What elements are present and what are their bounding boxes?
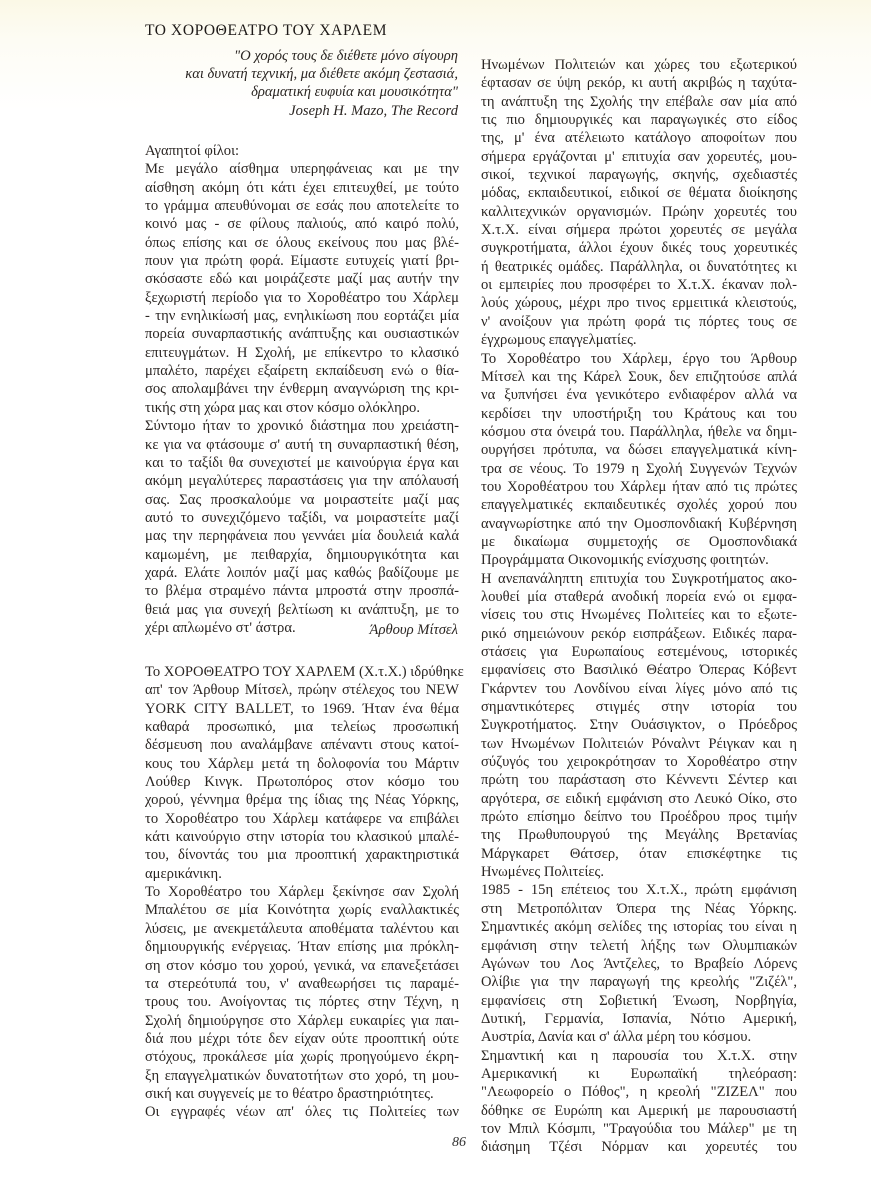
history-left-column: Το ΧΟΡΟΘΕΑΤΡΟ ΤΟΥ ΧΑΡΛΕΜ (Χ.τ.Χ.) ιδρύθη… bbox=[145, 663, 459, 1122]
text-line: ουργήσει πρότυπα, να δώσει επαγγελματικά… bbox=[481, 441, 797, 459]
text-line: πρώτο επίσημο δείπνο του Προέδρου προς τ… bbox=[481, 808, 797, 826]
text-line: Δυτική, Γερμανία, Ισπανία, Νότιο Αμερική… bbox=[481, 1010, 797, 1028]
page-number: 86 bbox=[452, 1135, 466, 1151]
text-line: Σχολή δημιούργησε στο Χάρλεμ ευκαιρίες γ… bbox=[145, 1012, 459, 1030]
text-line: πρώτη του παράσταση στο Κέννεντι Σέντερ … bbox=[481, 771, 797, 789]
text-line: αυτό το συνεχιζόμενο ταξίδι, να μοιραστε… bbox=[145, 509, 459, 527]
text-line: απ' τον Άρθουρ Μίτσελ, πρώην στέλεχος το… bbox=[145, 681, 459, 699]
page-title: ΤΟ ΧΟΡΟΘΕΑΤΡΟ ΤΟΥ ΧΑΡΛΕΜ bbox=[145, 22, 387, 40]
text-line: συγκροτήματα, άλλοι έχουν δικές τους χορ… bbox=[481, 239, 797, 257]
text-line: οι εμπειρίες που προσφέρει το Χ.τ.Χ. έκα… bbox=[481, 276, 797, 294]
text-line: εμφανίσεις στη Σοβιετική Ένωση, Νορβηγία… bbox=[481, 992, 797, 1010]
text-line: καλλιτεχνικών οργανισμών. Πρώην χορευτές… bbox=[481, 203, 797, 221]
text-line: αναγνωρίστηκε από την Ομοσπονδιακή Κυβέρ… bbox=[481, 515, 797, 533]
text-line: Γκάρντεν του Λονδίνου είναι λίγες μόνο α… bbox=[481, 680, 797, 698]
text-line: ή θεατρικές ομάδες. Παράλληλα, οι δυνατό… bbox=[481, 258, 797, 276]
letter-text: Αγαπητοί φίλοι: Με μεγάλο αίσθημα υπερηφ… bbox=[145, 142, 459, 637]
text-line: τον Μπιλ Κόσμπι, "Τραγούδια του Μάλερ" μ… bbox=[481, 1120, 797, 1138]
text-line: Ηνωμένες Πολιτείες. bbox=[481, 863, 797, 881]
text-line: κοινό μας - σε φίλους παλιούς, από καιρό… bbox=[145, 215, 459, 233]
text-line: κερδίσει την υποστήριξη του Κράτους και … bbox=[481, 405, 797, 423]
text-line: το βλέμα στραμένο πάντα μπροστά στην προ… bbox=[145, 582, 459, 600]
text-line: YORK CITY BALLET, το 1969. Ήταν ένα θέμα bbox=[145, 700, 459, 718]
text-line: 1985 - 15η επέτειος του Χ.τ.Χ., πρώτη εμ… bbox=[481, 881, 797, 899]
text-line: Αγώνων του Λος Άντζελες, το Βραβείο Λόρε… bbox=[481, 955, 797, 973]
text-line: Μίτσελ και της Κάρελ Σουκ, δεν επιζητούσ… bbox=[481, 368, 797, 386]
epigraph-line: "Ο χορός τους δε διέθετε μόνο σίγουρη bbox=[145, 47, 458, 65]
text-line: λύσεις, με ανεκμετάλευτα αποθέματα ταλέν… bbox=[145, 920, 459, 938]
text-line: λούς χώρους, μέχρι προ τινος ερμειτικά κ… bbox=[481, 294, 797, 312]
text-line: έγχρωμους επαγγελματίες. bbox=[481, 331, 797, 349]
text-line: μπαλέτο, παρέχει εξαίρετη εκπαίδευση ενώ… bbox=[145, 362, 459, 380]
text-line: σήμερα εργάζονται μ' επιτυχία σαν χορευτ… bbox=[481, 148, 797, 166]
text-line: ση στον κόσμο του χορού, γενικά, να επαν… bbox=[145, 957, 459, 975]
text-line: επιτευγμάτων. Η Σχολή, με επίκεντρο το κ… bbox=[145, 344, 459, 362]
text-line: Χ.τ.Χ. είναι σήμερα πρώτοι χορευτές σε μ… bbox=[481, 221, 797, 239]
text-line: εμφάνιση στην τελετή λήξης των Ολυμπιακώ… bbox=[481, 937, 797, 955]
epigraph-attribution: Joseph H. Mazo, The Record bbox=[145, 102, 458, 120]
letter-salutation: Αγαπητοί φίλοι: bbox=[145, 142, 459, 160]
text-line: της, μ' ένα ατέλειωτο κατάλογο αποφοίτων… bbox=[481, 129, 797, 147]
history-right-column: Ηνωμένων Πολιτειών και χώρες του εξωτερι… bbox=[481, 56, 797, 1157]
text-line: Σημαντική και η παρουσία του Χ.τ.Χ. στην bbox=[481, 1047, 797, 1065]
text-line: τρα σε νέους. Το 1979 η Σχολή Συγγενών Τ… bbox=[481, 460, 797, 478]
text-line: σημαντικότερες στιγμές στην ιστορία του bbox=[481, 698, 797, 716]
text-line: μας την περηφάνεια που γεννάει μία δουλε… bbox=[145, 527, 459, 545]
text-line: της Πρωθυπουργού της Μεγάλης Βρετανίας bbox=[481, 826, 797, 844]
text-line: Προγράμματα Οικονομικής ενίσχυσης φοιτητ… bbox=[481, 551, 797, 569]
text-line: διά που μέχρι τότε δεν είχαν ούτε προοπτ… bbox=[145, 1030, 459, 1048]
text-line: χορού, γέννημα θρέμα της ίδιας της Νέας … bbox=[145, 791, 459, 809]
text-line: το γράμμα απευθύνομαι σε εσάς που αποτελ… bbox=[145, 197, 459, 215]
text-line: σας. Σας προσκαλούμε να μοιραστείτε μαζί… bbox=[145, 491, 459, 509]
text-line: τρους του. Ανοίγοντας τις πόρτες στην Τέ… bbox=[145, 993, 459, 1011]
text-line: Ολίβιε για την παραγωγή της κρεολής "Ζιζ… bbox=[481, 973, 797, 991]
text-line: Αυστρία, Δανία και σ' άλλα μέρη του κόσμ… bbox=[481, 1028, 797, 1046]
text-line: αίσθηση ακόμη ότι κάτι έχει επιτευχθεί, … bbox=[145, 179, 459, 197]
text-line: το Χοροθέατρο του Χάρλεμ κατάφερε να επι… bbox=[145, 810, 459, 828]
text-line: σύζυγός του χειροκρότησαν το Χοροθέατρο … bbox=[481, 753, 797, 771]
text-line: μόδας, εκπαιδευτικοί, ειδικοί σε θέματα … bbox=[481, 184, 797, 202]
text-line: δόθηκε σε Ευρώπη και Αμερική με παρουσια… bbox=[481, 1102, 797, 1120]
text-line: να ξυπνήσει ένα γενικότερο ενδιαφέρον αλ… bbox=[481, 386, 797, 404]
text-line: Οι εγγραφές νέων απ' όλες τις Πολιτείες … bbox=[145, 1103, 459, 1121]
text-line: σκόσαστε εδώ και μοιράζεστε μαζί μας αυτ… bbox=[145, 270, 459, 288]
text-line: κε για να φτάσουμε σ' αυτή τη συναρπαστι… bbox=[145, 436, 459, 454]
text-line: θειά μας για συνεχή βελτίωση κι ανάπτυξη… bbox=[145, 601, 459, 619]
text-line: κους του Χάρλεμ μετά τη δολοφονία του Μά… bbox=[145, 755, 459, 773]
text-line: "Λεωφορείο ο Πόθος", η κρεολή "ΖΙΖΕΛ" πο… bbox=[481, 1083, 797, 1101]
text-line: στόχους, προκάλεσε μία χωρίς προηγούμενο… bbox=[145, 1048, 459, 1066]
text-line: με δικαίωμα συμμετοχής σε Ομοσπονδιακά bbox=[481, 533, 797, 551]
text-line: στάσεις για Ευρωπαίους εστεμένους, ιστορ… bbox=[481, 643, 797, 661]
text-line: Ηνωμένων Πολιτειών και χώρες του εξωτερι… bbox=[481, 56, 797, 74]
text-line: τικής στη χώρα μας και στον κόσμο ολόκλη… bbox=[145, 399, 459, 417]
text-line: Συγκροτήματος. Στην Ουάσιγκτον, ο Πρόεδρ… bbox=[481, 716, 797, 734]
text-line: έφτασαν σε ύψη ρεκόρ, κι αυτή ακριβώς η … bbox=[481, 74, 797, 92]
text-line: στη Μετροπόλιταν Όπερα της Νέας Υόρκης. bbox=[481, 900, 797, 918]
text-line: καμωμένη, με πειθαρχία, δημιουργικότητα … bbox=[145, 546, 459, 564]
text-line: Αμερικανική κι Ευρωπαϊκή τηλεόραση: bbox=[481, 1065, 797, 1083]
text-line: αργότερα, σε ειδική εμφάνιση στο Λευκό Ο… bbox=[481, 790, 797, 808]
text-line: και το ταξίδι θα συνεχιστεί με καινούργι… bbox=[145, 454, 459, 472]
text-line: Σύντομο ήταν το χρονικό διάστημα που χρε… bbox=[145, 417, 459, 435]
text-line: Μπαλέτου σε μία Κοινότητα χωρίς εναλλακτ… bbox=[145, 901, 459, 919]
text-line: Σημαντικές ακόμη σελίδες της ιστορίας το… bbox=[481, 918, 797, 936]
text-line: τη ανάπτυξη της Σχολής την επέβαλε σαν μ… bbox=[481, 93, 797, 111]
letter-body: Με μεγάλο αίσθημα υπερηφάνειας και με τη… bbox=[145, 160, 459, 637]
text-line: επαγγελματικές εκπαιδευτικές σχολές χορο… bbox=[481, 496, 797, 514]
text-line: τα στερεότυπά του, ν' αναθεωρήσει τις πα… bbox=[145, 975, 459, 993]
text-line: χαρά. Ελάτε λοιπόν μαζί μας καθώς βαδίζο… bbox=[145, 564, 459, 582]
epigraph-line: και δυνατή τεχνική, μα διέθετε ακόμη ζεσ… bbox=[145, 65, 458, 83]
text-line: Η ανεπανάληπτη επιτυχία του Συγκροτήματο… bbox=[481, 570, 797, 588]
text-line: ξη επαγγελματικών δυνατοτήτων στο χορό, … bbox=[145, 1067, 459, 1085]
text-line: ξεχωριστή περίοδο για το Χοροθέατρο του … bbox=[145, 289, 459, 307]
epigraph-line: δραματική ευφυία και μουσικότητα" bbox=[145, 83, 458, 101]
text-line: λουθεί μία σταθερά ανοδική πορεία ενώ οι… bbox=[481, 588, 797, 606]
text-line: νίσεις του στις Ηνωμένες Πολιτείες και τ… bbox=[481, 606, 797, 624]
text-line: ν' ανοίξουν για πρώτη φορά τις πόρτες το… bbox=[481, 313, 797, 331]
text-line: ακόμη μεγαλύτερες παραστάσεις για την απ… bbox=[145, 472, 459, 490]
text-line: Μάργκαρετ Θάτσερ, όταν επισκέφτηκε τις bbox=[481, 845, 797, 863]
text-line: ρικό σημειώνουν ρεκόρ εισπράξεων. Ειδικέ… bbox=[481, 625, 797, 643]
text-line: Με μεγάλο αίσθημα υπερηφάνειας και με τη… bbox=[145, 160, 459, 178]
epigraph-quote: "Ο χορός τους δε διέθετε μόνο σίγουρη κα… bbox=[145, 47, 458, 120]
text-line: σος απολαμβάνει την ένθερμη αναγνώριση τ… bbox=[145, 380, 459, 398]
text-line: του Χοροθέατρου του Χάρλεμ ήταν από τις … bbox=[481, 478, 797, 496]
text-line: σικοί, τεχνικοί παραγωγής, σκηνής, σχεδι… bbox=[481, 166, 797, 184]
text-line: σική και συγγενείς με το θέατρο δραστηρι… bbox=[145, 1085, 459, 1103]
text-line: των Ηνωμένων Πολιτειών Ρόναλντ Ρέιγκαν κ… bbox=[481, 735, 797, 753]
text-line: αμερικάνικη. bbox=[145, 865, 459, 883]
text-line: πουν για πρώτη φορά. Είμαστε ευτυχείς γι… bbox=[145, 252, 459, 270]
text-line: - την ενηλικίωσή μας, ενηλικίωση που εορ… bbox=[145, 307, 459, 325]
text-line: όπως επίσης και σε όλους εκείνους που μα… bbox=[145, 234, 459, 252]
text-line: του, δίνοντάς του μια προοπτική χαρακτηρ… bbox=[145, 846, 459, 864]
text-line: Το ΧΟΡΟΘΕΑΤΡΟ ΤΟΥ ΧΑΡΛΕΜ (Χ.τ.Χ.) ιδρύθη… bbox=[145, 663, 459, 681]
text-line: εμφανίσεις στο Βασιλικό Θέατρο Όπερας Κό… bbox=[481, 661, 797, 679]
text-line: Το Χοροθέατρο του Χάρλεμ, έργο του Άρθου… bbox=[481, 350, 797, 368]
text-line: τις πιο δημιουργικές και παραγωγικές στο… bbox=[481, 111, 797, 129]
text-line: Το Χοροθέατρο του Χάρλεμ ξεκίνησε σαν Σχ… bbox=[145, 883, 459, 901]
text-line: κάτι καινούργιο στην ιστορία του κλασικο… bbox=[145, 828, 459, 846]
text-line: δημιουργικής ενέργειας. Ήταν επίσης μια … bbox=[145, 938, 459, 956]
text-line: πορεία συναρπαστικής ανάπτυξης και ουσια… bbox=[145, 325, 459, 343]
text-line: κόσμου στα όνειρά του. Παράλληλα, ήθελε … bbox=[481, 423, 797, 441]
text-line: διάσημη Τζέσι Νόρμαν και χορευτές του bbox=[481, 1138, 797, 1156]
text-line: Λούθερ Κινγκ. Πρωτοπόρος στον κόσμο του bbox=[145, 773, 459, 791]
text-line: δέσμευση που αναλάμβανε απέναντι στους κ… bbox=[145, 736, 459, 754]
text-line: καθαρά προσωπικό, μια τελείως προσωπική bbox=[145, 718, 459, 736]
letter-signature: Άρθουρ Μίτσελ bbox=[145, 622, 458, 639]
